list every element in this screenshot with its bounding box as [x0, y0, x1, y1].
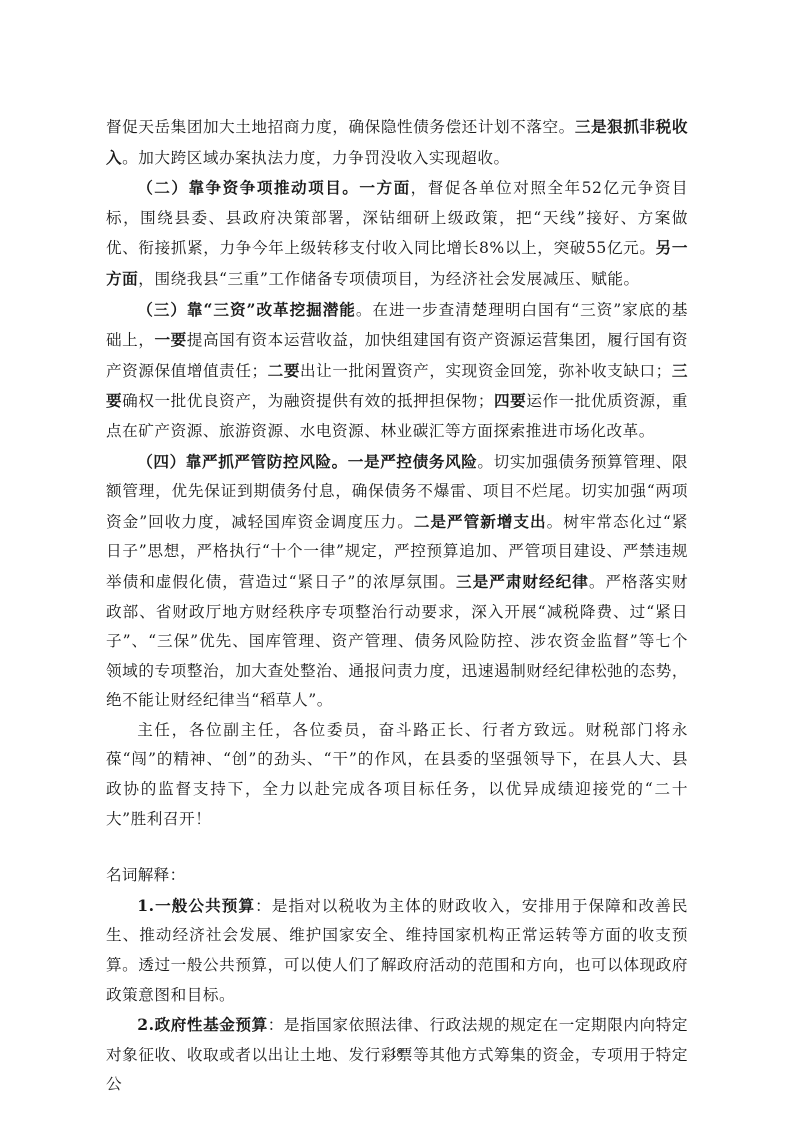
- text-run: 主任，各位副主任，各位委员，奋斗路正长、行者方致远。财税部门将永葆“闯”的精神、…: [106, 721, 688, 828]
- paragraph-section-3-three-assets-reform: （三）靠“三资”改革挖掘潜能。在进一步查清楚理明白国有“三资”家底的基础上，一要…: [106, 295, 688, 447]
- page-number: 18: [0, 1045, 793, 1061]
- text-run: ，围绕我县“三重”工作储备专项债项目，为经济社会发展减压、赋能。: [138, 270, 639, 288]
- text-run-bold: 四要: [494, 391, 526, 410]
- paragraph-section-2-funding-projects: （二）靠争资争项推动项目。一方面，督促各单位对照全年52亿元争资目标，围绕县委、…: [106, 173, 688, 294]
- text-run-bold: 一要: [155, 330, 187, 349]
- document-body: 督促天岳集团加大土地招商力度，确保隐性债务偿还计划不落空。三是狠抓非税收入。加大…: [106, 112, 688, 1100]
- text-run: 。严格落实财政部、省财政厅地方财经秩序专项整治行动要求，深入开展“减税降费、过“…: [106, 573, 688, 709]
- glossary-term: 2.政府性基金预算: [137, 1015, 268, 1034]
- paragraph-tax-revenue-continuation: 督促天岳集团加大土地招商力度，确保隐性债务偿还计划不落空。三是狠抓非税收入。加大…: [106, 112, 688, 173]
- text-run-bold: 三是严肃财经纪律: [456, 572, 589, 591]
- paragraph-closing-remarks: 主任，各位副主任，各位委员，奋斗路正长、行者方致远。财税部门将永葆“闯”的精神、…: [106, 716, 688, 834]
- glossary-heading: 名词解释：: [106, 861, 688, 891]
- text-run-bold: 二要: [268, 361, 300, 380]
- text-run-bold: 二是严管新增支出: [414, 512, 547, 531]
- text-run: 。加大跨区域办案执法力度，力争罚没收入实现超收。: [122, 149, 509, 167]
- section-heading: （二）靠争资争项推动项目。一方面: [137, 178, 410, 197]
- text-run: 督促天岳集团加大土地招商力度，确保隐性债务偿还计划不落空。: [106, 118, 575, 136]
- paragraph-section-4-risk-control: （四）靠严抓严管防控风险。一是严控债务风险。切实加强债务预算管理、限额管理，优先…: [106, 447, 688, 716]
- glossary-term: 1.一般公共预算: [137, 896, 255, 915]
- section-heading: （三）靠“三资”改革挖掘潜能: [137, 300, 356, 319]
- section-heading: （四）靠严抓严管防控风险。一是严控债务风险: [137, 452, 477, 471]
- glossary-entry-general-public-budget: 1.一般公共预算：是指对以税收为主体的财政收入，安排用于保障和改善民生、推动经济…: [106, 891, 688, 1010]
- text-run: 确权一批优良资产，为融资提供有效的抵押担保物；: [122, 392, 494, 410]
- text-run: 出让一批闲置资产，实现资金回笼，弥补收支缺口；: [300, 362, 672, 380]
